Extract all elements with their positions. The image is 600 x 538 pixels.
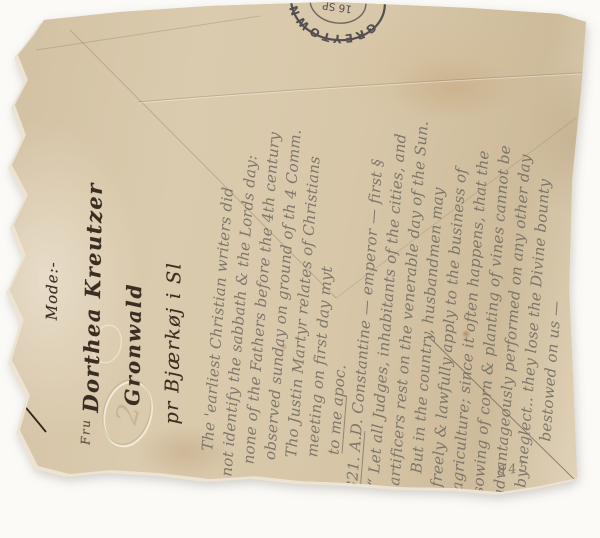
- postmark-date: 16 SP: [322, 0, 353, 15]
- photo-scene: 2 GREYTOWN 16 SP 2 45 Mode:-: [0, 0, 600, 538]
- envelope-back: 2 GREYTOWN 16 SP 2 45 Mode:-: [0, 0, 600, 538]
- pencil-note-block: The 'earliest Christian writers did not …: [195, 16, 587, 508]
- ink-address-block: Mode:- FruDorthea Kreutzer Gronwald pr B…: [34, 18, 199, 473]
- envelope: 2 GREYTOWN 16 SP 2 45 Mode:-: [0, 0, 600, 538]
- addressee-honorific: Fru: [78, 418, 92, 445]
- addressee-name: Dorthea Kreutzer: [78, 182, 107, 413]
- addressee-name-line: FruDorthea Kreutzer: [64, 19, 119, 472]
- address-line-3: pr Bjærkøj i Sl: [151, 20, 199, 473]
